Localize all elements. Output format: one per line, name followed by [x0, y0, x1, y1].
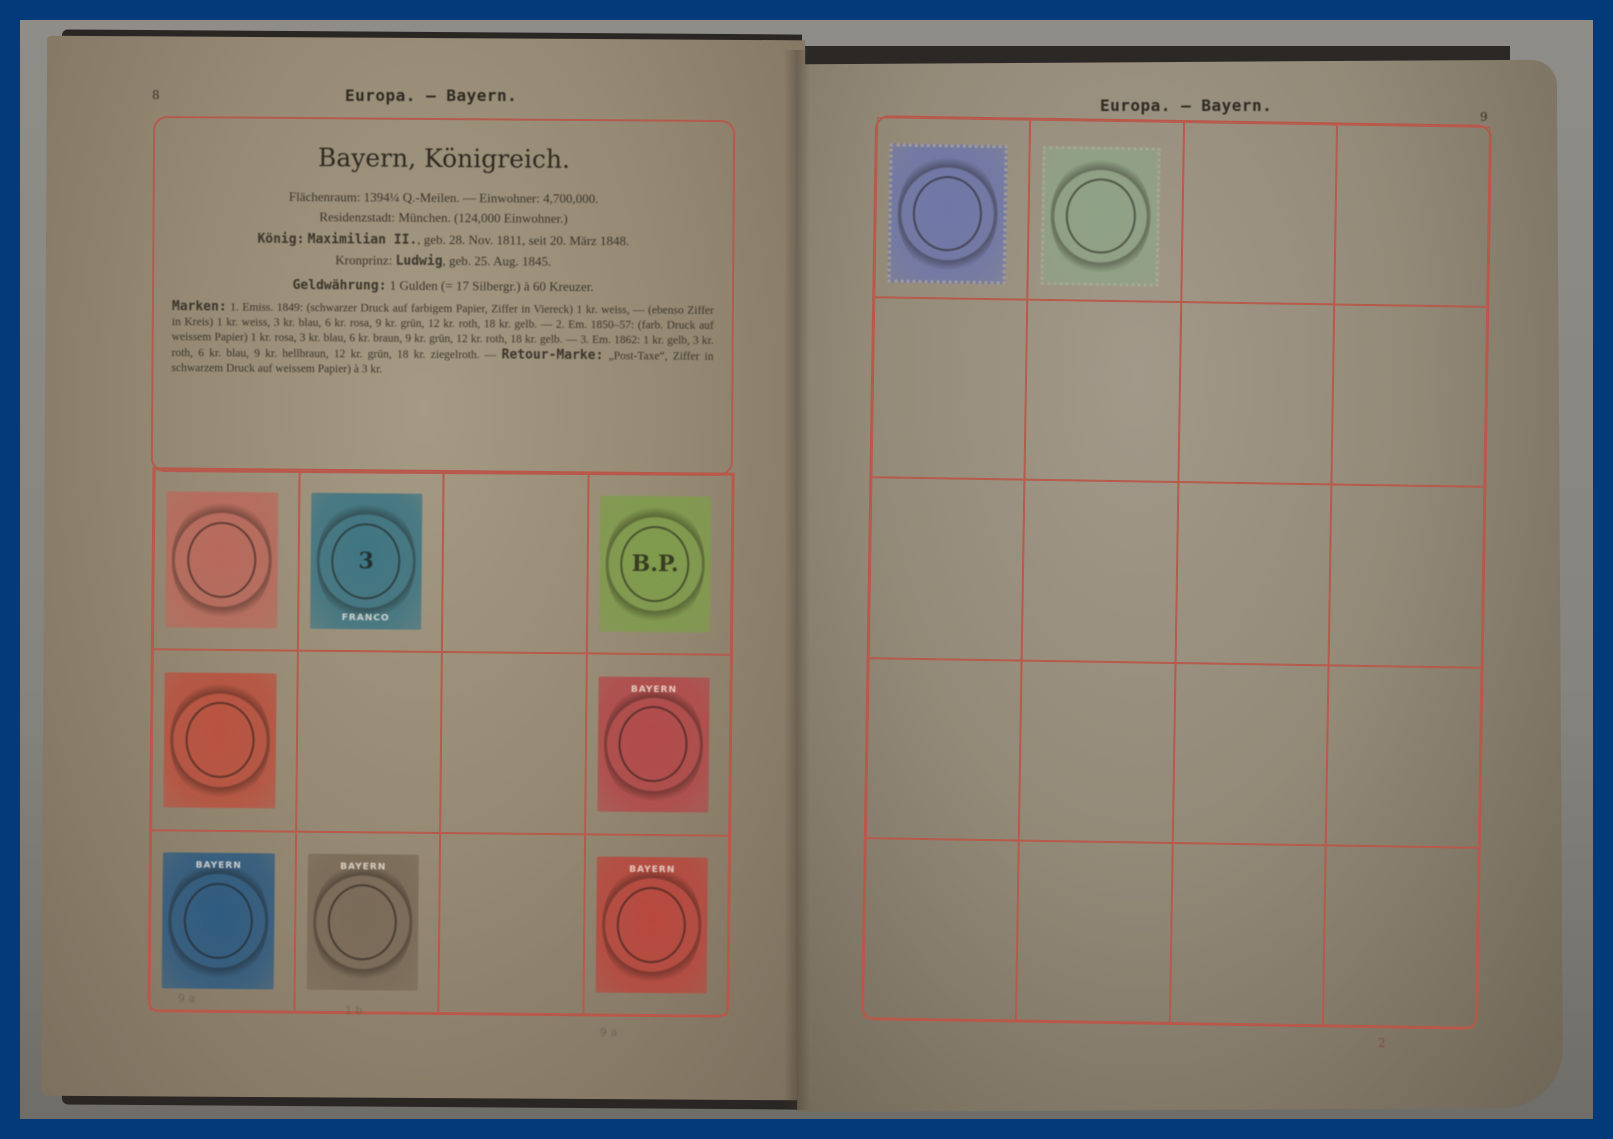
- king-details: , geb. 28. Nov. 1811, seit 20. März 1848…: [417, 232, 629, 248]
- stamp-slot: BAYERN: [585, 654, 731, 836]
- right-page-number: 9: [1480, 110, 1488, 124]
- footer-mark: 2: [1378, 1036, 1386, 1050]
- stamp: B.P.: [599, 496, 711, 633]
- postmark-dots: [897, 153, 999, 276]
- postmark-dots: [313, 860, 413, 984]
- stamp-slot: [874, 117, 1030, 300]
- stamp-bottom-label: FRANCO: [310, 613, 421, 624]
- stamp-top-label: BAYERN: [597, 865, 708, 876]
- stamp-slot: [442, 472, 588, 654]
- country-title: Bayern, Königreich.: [155, 142, 733, 175]
- stamp-slot: [1172, 663, 1328, 846]
- crown-prince-details: , geb. 25. Aug. 1845.: [442, 253, 551, 269]
- stamp-slot: [1169, 843, 1325, 1026]
- stamp-slot: BAYERN: [149, 830, 295, 1012]
- stamp-slot: [1175, 482, 1331, 665]
- stamp-slot: [1181, 122, 1337, 305]
- stamp-issues-text: Marken: 1. Emiss. 1849: (schwarzer Druck…: [171, 299, 714, 380]
- postmark-dots: [172, 498, 272, 622]
- stamp-slot: [438, 833, 584, 1015]
- king-label: König:: [257, 232, 304, 247]
- margin-note: 1 b: [345, 1004, 362, 1017]
- postmark-dots: [603, 682, 703, 806]
- stamp: BAYERN: [596, 857, 708, 994]
- stamp-slot: [296, 651, 442, 833]
- crown-prince-name: Ludwig: [396, 254, 443, 269]
- stamp-slot: BAYERN: [294, 831, 440, 1013]
- stamp-slot: [1323, 845, 1479, 1028]
- retour-label: Retour-Marke:: [502, 347, 604, 363]
- stamp-slot: [871, 297, 1027, 480]
- stamp-slot: [1019, 660, 1175, 843]
- stamp: 3FRANCO: [310, 493, 422, 630]
- stamp-slot: [1328, 485, 1484, 668]
- stamp-top-label: BAYERN: [163, 860, 274, 871]
- stamp-slot: [1178, 302, 1334, 485]
- stamp-slot: [1022, 480, 1178, 663]
- stamp: BAYERN: [597, 676, 709, 813]
- left-page-number: 8: [152, 88, 160, 102]
- country-info-box: Bayern, Königreich. Flächenraum: 1394¼ Q…: [151, 116, 735, 476]
- stamp: [888, 143, 1008, 284]
- left-running-head: Europa. – Bayern.: [345, 86, 517, 105]
- country-info-text: Flächenraum: 1394¼ Q.-Meilen. — Einwohne…: [171, 186, 714, 380]
- margin-note: 9 a: [178, 992, 195, 1005]
- cancel-number: B.P.: [632, 551, 679, 577]
- stamp-slot: [1016, 840, 1172, 1023]
- king-name: Maximilian II.: [308, 232, 418, 248]
- stamp-slot: [863, 838, 1019, 1021]
- postmark-dots: [170, 678, 270, 802]
- info-line-currency: Geldwährung: 1 Gulden (= 17 Silbergr.) à…: [172, 274, 714, 299]
- postmark-dots: [1050, 155, 1152, 278]
- stamp-slot: [1331, 305, 1487, 488]
- info-line-capital: Residenzstadt: München. (124,000 Einwohn…: [172, 206, 714, 230]
- stamp-slot: [440, 652, 586, 834]
- stamp: BAYERN: [162, 852, 274, 989]
- cancel-number: 3: [358, 548, 374, 574]
- stamp-slot: [153, 469, 299, 651]
- stamp: BAYERN: [307, 854, 419, 991]
- stamp-slot: [866, 658, 1022, 841]
- stamp-slot: [869, 478, 1025, 661]
- postmark-dots: [602, 863, 702, 987]
- margin-note: 9 a: [600, 1026, 617, 1039]
- crown-prince-label: Kronprinz:: [335, 252, 392, 267]
- stamp-slot: [1334, 124, 1490, 307]
- right-stamp-grid: [861, 115, 1492, 1030]
- right-running-head: Europa. – Bayern.: [1100, 96, 1272, 115]
- currency-details: 1 Gulden (= 17 Silbergr.) à 60 Kreuzer.: [386, 278, 593, 294]
- postmark-dots: [168, 858, 268, 982]
- stamp-slot: [151, 650, 297, 832]
- stamp-slot: [1028, 120, 1184, 303]
- book-spine: [784, 50, 810, 1110]
- marken-label: Marken:: [172, 299, 227, 314]
- stamp: [165, 492, 277, 629]
- info-line-crown-prince: Kronprinz: Ludwig, geb. 25. Aug. 1845.: [172, 249, 714, 274]
- stamp-slot: [1325, 665, 1481, 848]
- stamp: [1041, 146, 1161, 287]
- stamp-slot: [1025, 300, 1181, 483]
- stamp-slot: BAYERN: [583, 834, 729, 1016]
- stamp-slot: 3FRANCO: [297, 471, 443, 653]
- left-stamp-grid: 3FRANCOB.P.BAYERNBAYERNBAYERNBAYERN: [147, 467, 734, 1018]
- currency-label: Geldwährung:: [293, 278, 387, 294]
- stamp-top-label: BAYERN: [598, 684, 709, 695]
- stamp-top-label: BAYERN: [308, 862, 419, 873]
- stamp: [164, 672, 276, 809]
- stamp-slot: B.P.: [586, 473, 732, 655]
